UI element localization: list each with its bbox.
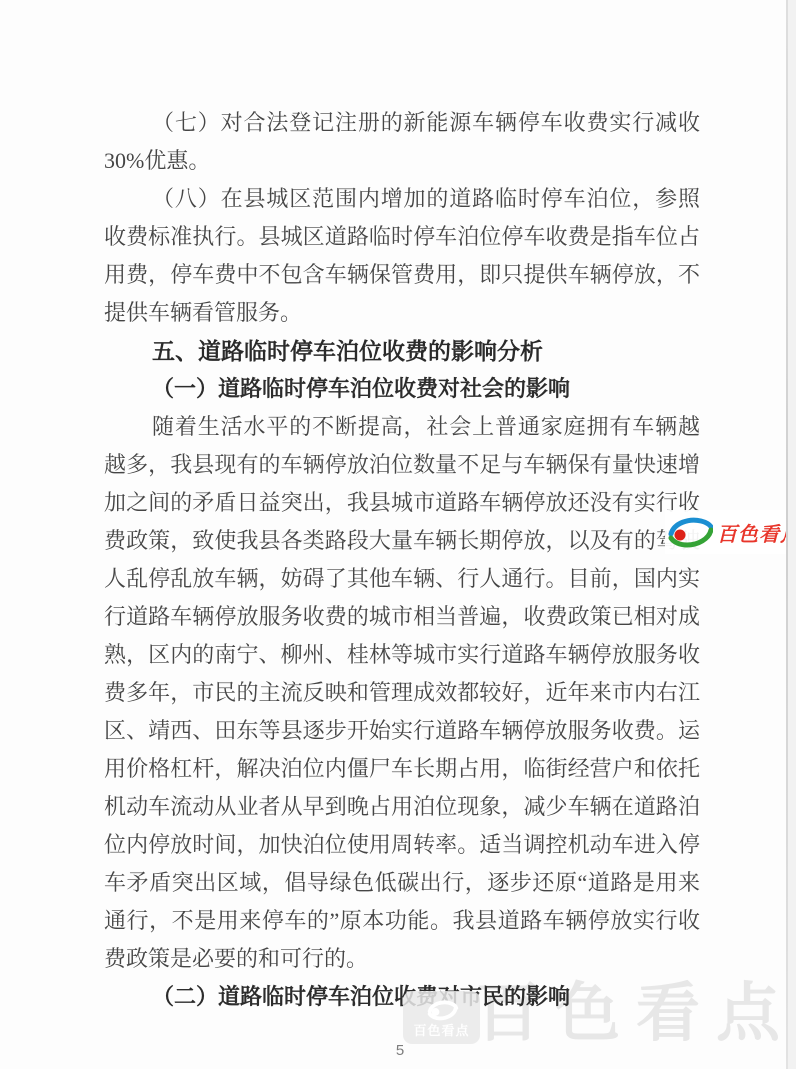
- watermark-swoosh-icon: [424, 999, 460, 1021]
- document-text-line: 随着生活水平的不断提高，社会上普通家庭拥有车辆越来: [104, 408, 700, 446]
- document-text-line: （七）对合法登记注册的新能源车辆停车收费实行减收: [104, 104, 700, 142]
- document-text-line: 区、靖西、田东等县逐步开始实行道路车辆停放服务收费。运: [104, 712, 700, 750]
- watermark-badge-text: 百色看点: [413, 1024, 469, 1037]
- document-text-line: 机动车流动从业者从早到晚占用泊位现象，减少车辆在道路泊: [104, 788, 700, 826]
- document-heading-line: （二）道路临时停车泊位收费对市民的影响: [104, 978, 700, 1016]
- document-text-line: 车矛盾突出区域，倡导绿色低碳出行，逐步还原“道路是用来: [104, 864, 700, 902]
- document-text-line: 费政策是必要的和可行的。: [104, 940, 700, 978]
- document-text-line: 通行，不是用来停车的”原本功能。我县道路车辆停放实行收: [104, 902, 700, 940]
- document-text-line: 收费标准执行。县城区道路临时停车泊位停车收费是指车位占: [104, 218, 700, 256]
- document-text-line: 用费，停车费中不包含车辆保管费用，即只提供车辆停放，不: [104, 256, 700, 294]
- document-text-line: 30%优惠。: [104, 142, 700, 180]
- document-text-block: （七）对合法登记注册的新能源车辆停车收费实行减收30%优惠。（八）在县城区范围内…: [104, 104, 700, 1016]
- document-text-line: 熟，区内的南宁、柳州、桂林等城市实行道路车辆停放服务收: [104, 636, 700, 674]
- swoosh-icon: [667, 515, 717, 549]
- document-heading-line: 五、道路临时停车泊位收费的影响分析: [104, 332, 700, 370]
- baise-kandian-logo-text: 百色看点: [717, 518, 796, 547]
- document-text-line: 费政策，致使我县各类路段大量车辆长期停放，以及有的驾驶: [104, 522, 700, 560]
- watermark-badge: 百色看点: [403, 991, 480, 1044]
- document-text-line: 提供车辆看管服务。: [104, 294, 700, 332]
- document-text-line: 人乱停乱放车辆，妨碍了其他车辆、行人通行。目前，国内实: [104, 560, 700, 598]
- document-text-line: 加之间的矛盾日益突出，我县城市道路车辆停放还没有实行收: [104, 484, 700, 522]
- baise-kandian-logo: 百色看点: [665, 510, 796, 554]
- page-edge-shading: [788, 0, 796, 1069]
- document-text-line: 越多，我县现有的车辆停放泊位数量不足与车辆保有量快速增: [104, 446, 700, 484]
- scanned-document-page: 百色看点 （七）对合法登记注册的新能源车辆停车收费实行减收30%优惠。（八）在县…: [0, 0, 796, 1069]
- page-number: 5: [388, 1042, 412, 1059]
- document-text-line: 费多年，市民的主流反映和管理成效都较好，近年来市内右江: [104, 674, 700, 712]
- document-text-line: 用价格杠杆，解决泊位内僵尸车长期占用，临街经营户和依托: [104, 750, 700, 788]
- document-text-line: （八）在县城区范围内增加的道路临时停车泊位，参照本: [104, 180, 700, 218]
- page-edge-line: [786, 0, 788, 1069]
- document-text-line: 行道路车辆停放服务收费的城市相当普遍，收费政策已相对成: [104, 598, 700, 636]
- document-heading-line: （一）道路临时停车泊位收费对社会的影响: [104, 370, 700, 408]
- document-text-line: 位内停放时间，加快泊位使用周转率。适当调控机动车进入停: [104, 826, 700, 864]
